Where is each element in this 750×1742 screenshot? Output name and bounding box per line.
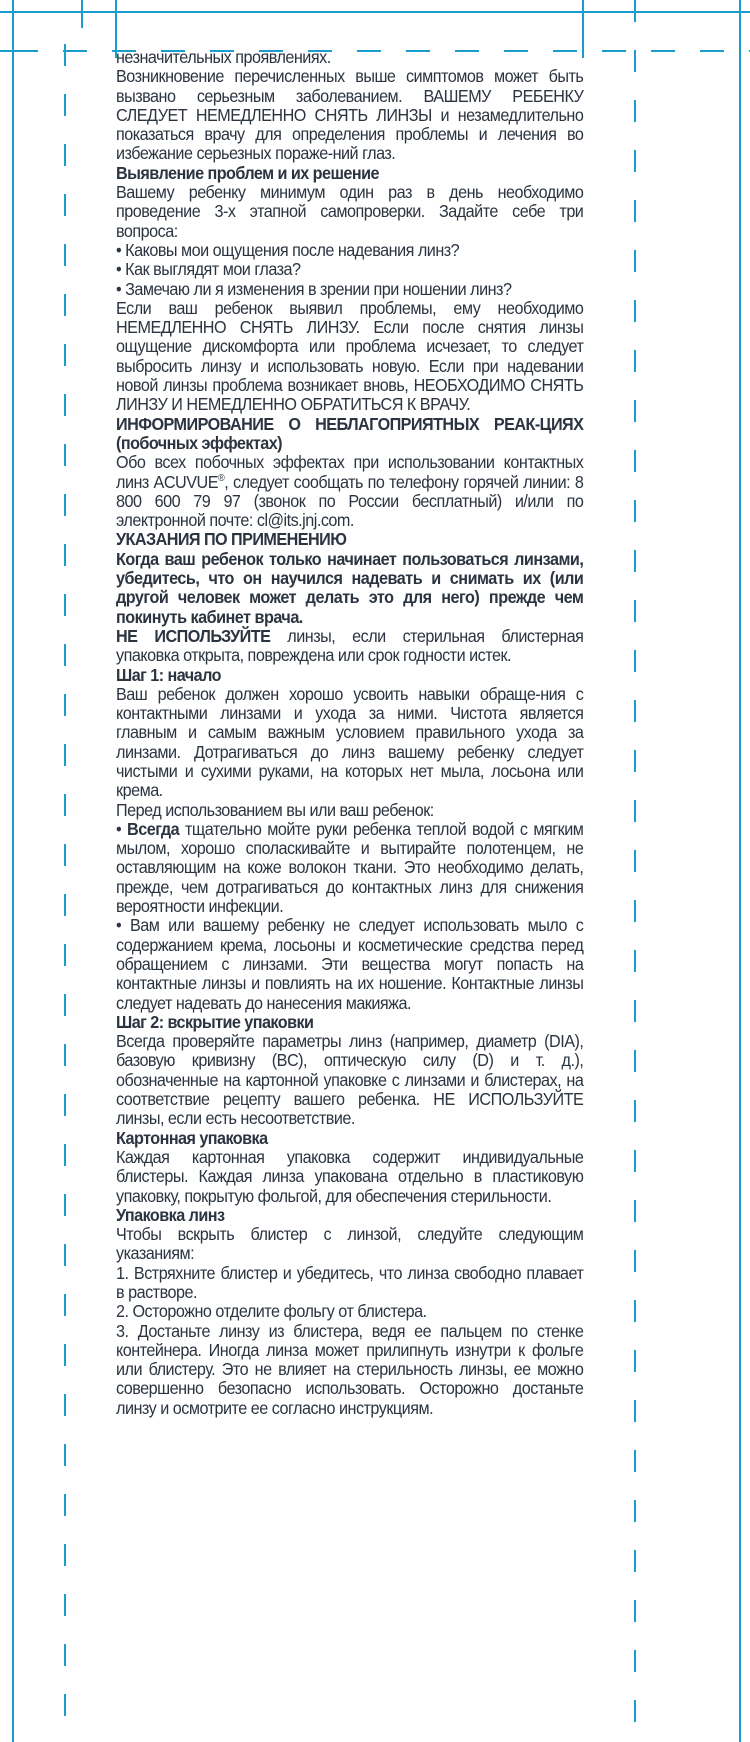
- bold-lead-text: НЕ ИСПОЛЬЗУЙТЕ: [116, 626, 270, 646]
- section-heading: ИНФОРМИРОВАНИЕ О НЕБЛАГОПРИЯТНЫХ РЕАК-ЦИ…: [116, 415, 583, 454]
- paragraph: Возникновение перечисленных выше симптом…: [116, 67, 583, 163]
- bold-lead-text: Всегда: [127, 819, 179, 839]
- paragraph: Всегда проверяйте параметры линз (наприм…: [116, 1032, 583, 1128]
- instruction-text-body: незначительных проявлениях.Возникновение…: [116, 48, 583, 1418]
- section-heading: Шаг 1: начало: [116, 666, 583, 685]
- section-heading: Картонная упаковка: [116, 1129, 583, 1148]
- bullet-item: • Каковы мои ощущения после надевания ли…: [116, 241, 583, 260]
- section-heading: УКАЗАНИЯ ПО ПРИМЕНЕНИЮ: [116, 530, 583, 549]
- paragraph: Ваш ребенок должен хорошо усвоить навыки…: [116, 685, 583, 801]
- paragraph-with-bold-lead: НЕ ИСПОЛЬЗУЙТЕ линзы, если стерильная бл…: [116, 627, 583, 666]
- paragraph: 2. Осторожно отделите фольгу от блистера…: [116, 1302, 583, 1321]
- crop-guide-left: [12, 0, 14, 1742]
- paragraph: Вашему ребенку минимум один раз в день н…: [116, 183, 583, 241]
- crop-guide-right: [739, 0, 741, 1742]
- fold-guide-right-dashed: [634, 0, 636, 1742]
- paragraph: Перед использованием вы или ваш ребенок:: [116, 801, 583, 820]
- bullet-item: • Замечаю ли я изменения в зрении при но…: [116, 280, 583, 299]
- paragraph-text: тщательно мойте руки ребенка теплой водо…: [116, 819, 583, 916]
- paragraph: 3. Достаньте линзу из блистера, ведя ее …: [116, 1322, 583, 1418]
- bullet-item: • Как выглядят мои глаза?: [116, 260, 583, 279]
- bold-paragraph: Когда ваш ребенок только начинает пользо…: [116, 550, 583, 627]
- bullet-marker: •: [116, 819, 127, 839]
- section-heading: Выявление проблем и их решение: [116, 164, 583, 183]
- paragraph: 1. Встряхните блистер и убедитесь, что л…: [116, 1264, 583, 1303]
- section-heading: Шаг 2: вскрытие упаковки: [116, 1013, 583, 1032]
- paragraph: Каждая картонная упаковка содержит индив…: [116, 1148, 583, 1206]
- crop-guide-top: [0, 11, 750, 13]
- paragraph: • Вам или вашему ребенку не следует испо…: [116, 916, 583, 1012]
- paragraph: незначительных проявлениях.: [116, 48, 583, 67]
- paragraph: Если ваш ребенок выявил проблемы, ему не…: [116, 299, 583, 415]
- paragraph: Обо всех побочных эффектах при использов…: [116, 453, 583, 530]
- fold-guide-left-dashed: [64, 44, 66, 1742]
- paragraph-with-bold-lead: • Всегда тщательно мойте руки ребенка те…: [116, 820, 583, 916]
- crop-mark-left-inner: [81, 0, 83, 28]
- paragraph: Чтобы вскрыть блистер с линзой, следуйте…: [116, 1225, 583, 1264]
- section-heading: Упаковка линз: [116, 1206, 583, 1225]
